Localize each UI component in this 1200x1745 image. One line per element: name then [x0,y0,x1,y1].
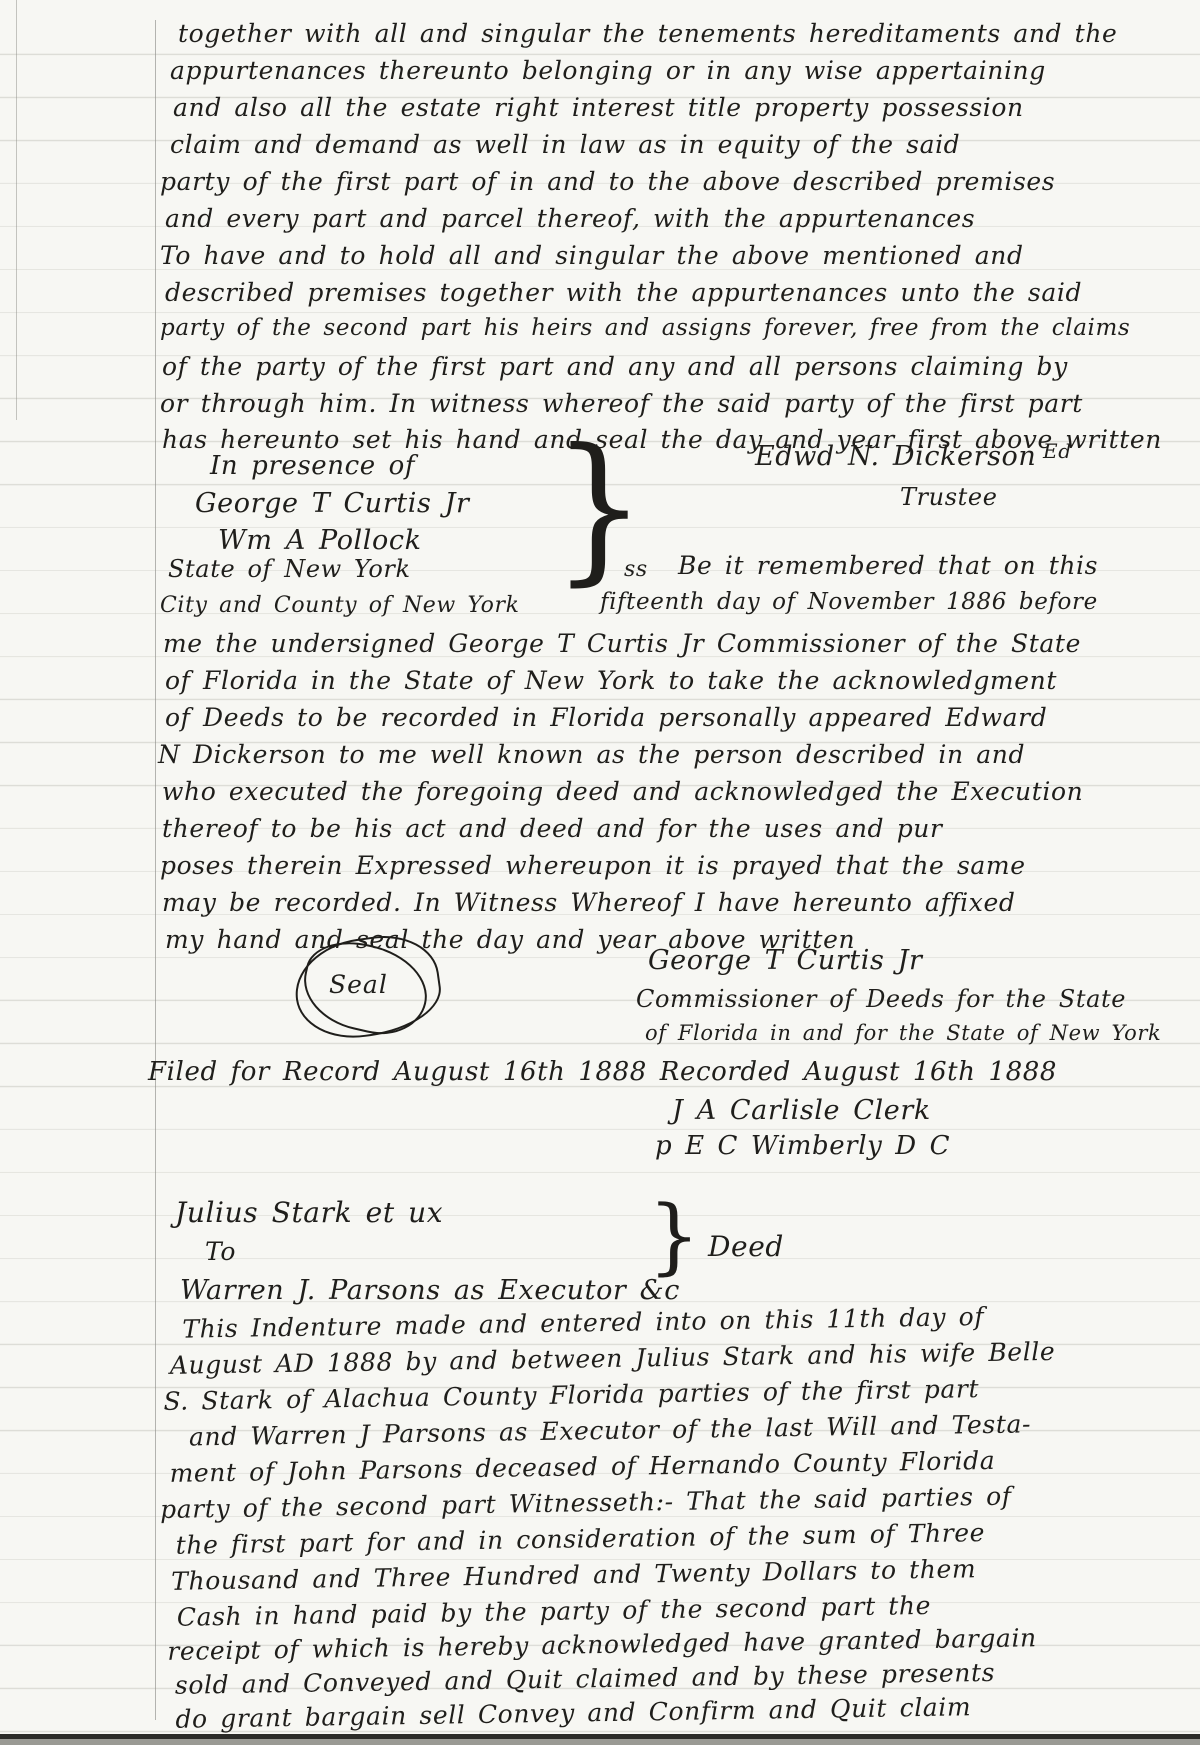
deed-text-line: party of the second part Witnesseth:- Th… [160,1483,1012,1524]
new-deed-body: This Indenture made and entered into on … [0,0,1200,1745]
deed-text-line: and Warren J Parsons as Executor of the … [189,1410,1031,1451]
scan-edge-band [0,1734,1200,1745]
deed-text-line: This Indenture made and entered into on … [182,1303,984,1343]
deed-text-line: S. Stark of Alachua County Florida parti… [163,1375,979,1415]
deed-text-line: Thousand and Three Hundred and Twenty Do… [171,1555,976,1595]
deed-text-line: August AD 1888 by and between Julius Sta… [170,1338,1056,1379]
deed-book-page: together with all and singular the tenem… [0,0,1200,1745]
deed-text-line: do grant bargain sell Convey and Confirm… [175,1693,971,1733]
deed-text-line: ment of John Parsons deceased of Hernand… [169,1447,995,1487]
deed-text-line: Cash in hand paid by the party of the se… [177,1592,932,1631]
deed-text-line: the first part for and in consideration … [176,1519,986,1559]
